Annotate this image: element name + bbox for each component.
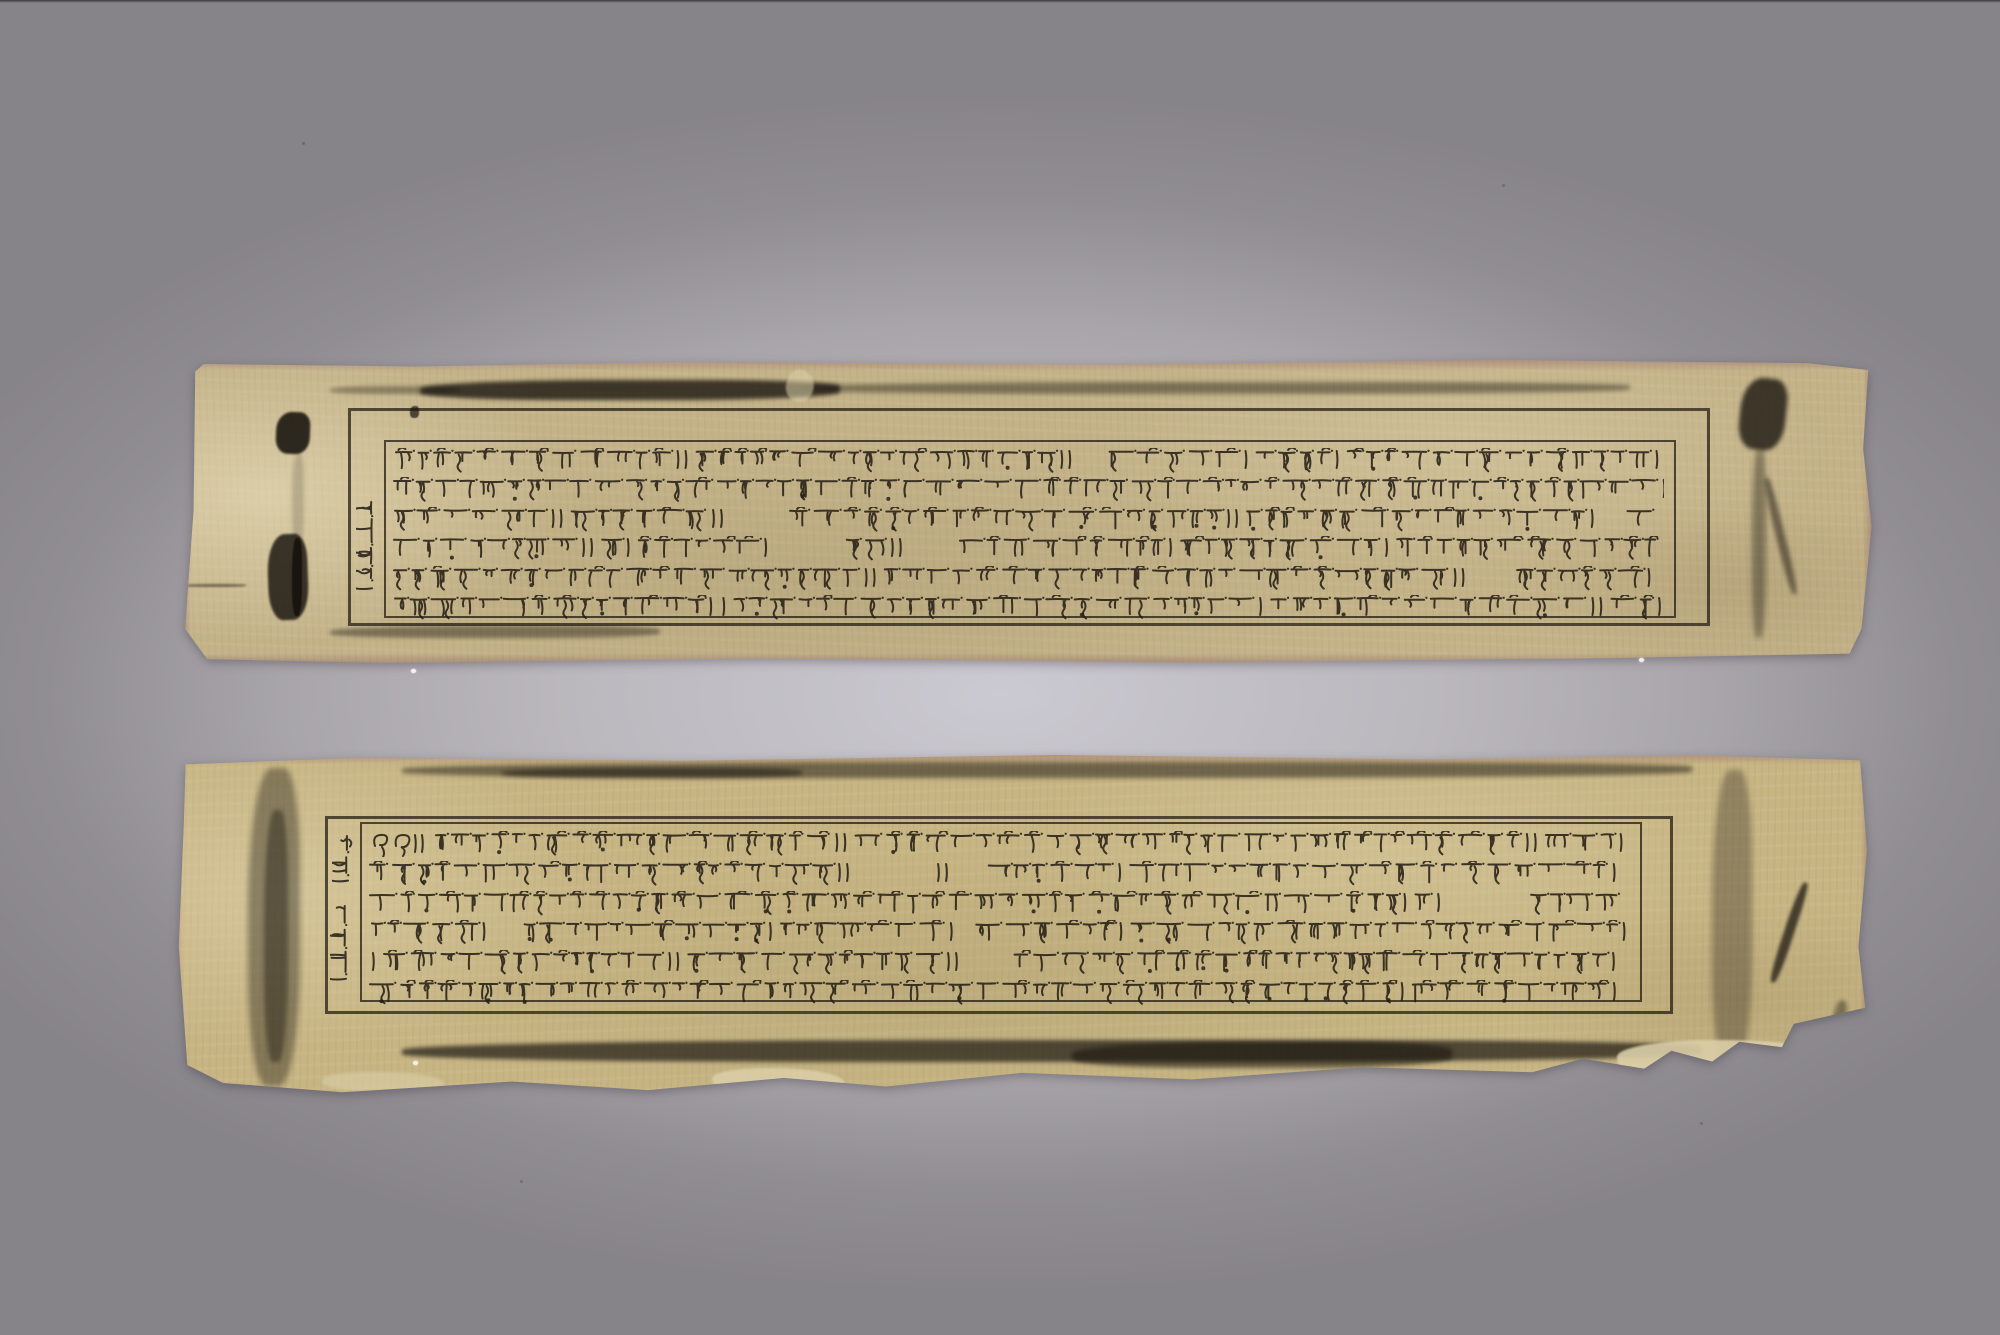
margin-annotation <box>330 900 354 995</box>
scratch-mark <box>184 584 246 587</box>
manuscript-leaf-lower <box>172 750 1872 1108</box>
torn-paper-patch <box>712 1068 844 1094</box>
edge-stain-right <box>1860 750 1872 1108</box>
ink-smudge <box>420 380 840 400</box>
edge-stain-bottom <box>172 1095 1872 1108</box>
ink-band-left-core <box>264 810 288 1062</box>
dust-speck <box>413 1061 418 1065</box>
edge-stain-left <box>172 750 183 1108</box>
margin-annotation <box>332 830 356 888</box>
binding-mark <box>275 411 310 454</box>
text-block <box>370 831 1628 1009</box>
paper-surface-lower <box>172 750 1872 1108</box>
ink-smudge <box>1762 477 1800 596</box>
photograph-canvas <box>0 0 2000 1335</box>
edge-stain-left <box>180 356 191 666</box>
edge-stain-right <box>1863 356 1875 666</box>
ink-smudge <box>800 382 1630 394</box>
ink-streak <box>1768 881 1810 984</box>
manuscript-leaf-upper <box>180 356 1875 666</box>
edge-stain-bottom <box>180 653 1875 666</box>
paper-surface-upper <box>180 356 1875 666</box>
ink-smudge <box>1736 376 1789 452</box>
ink-smudge <box>402 1040 1702 1062</box>
ink-smudge <box>502 768 802 778</box>
paper-crease <box>781 366 818 406</box>
ink-smear <box>330 626 660 638</box>
ink-smudge-right <box>1712 770 1752 1070</box>
ink-smudge <box>330 386 460 394</box>
dust-fleck <box>1502 184 1505 187</box>
binding-mark-trail <box>292 454 304 546</box>
binding-mark <box>267 533 310 620</box>
dust-fleck <box>302 142 305 145</box>
edge-stain-top <box>180 356 1875 371</box>
ink-streak <box>1825 999 1849 1070</box>
dust-speck <box>411 669 416 673</box>
torn-paper-patch <box>322 1072 444 1092</box>
photo-top-edge-shadow <box>0 0 2000 3</box>
binding-mark-core <box>292 538 302 616</box>
dust-fleck <box>520 1180 523 1183</box>
ink-smudge <box>1752 448 1766 638</box>
margin-annotation <box>356 496 380 606</box>
text-block <box>394 448 1666 624</box>
ink-smudge <box>1072 1042 1452 1068</box>
dust-speck <box>1639 658 1644 662</box>
torn-paper-patch <box>1617 1040 1852 1082</box>
dust-fleck <box>1700 1122 1703 1125</box>
